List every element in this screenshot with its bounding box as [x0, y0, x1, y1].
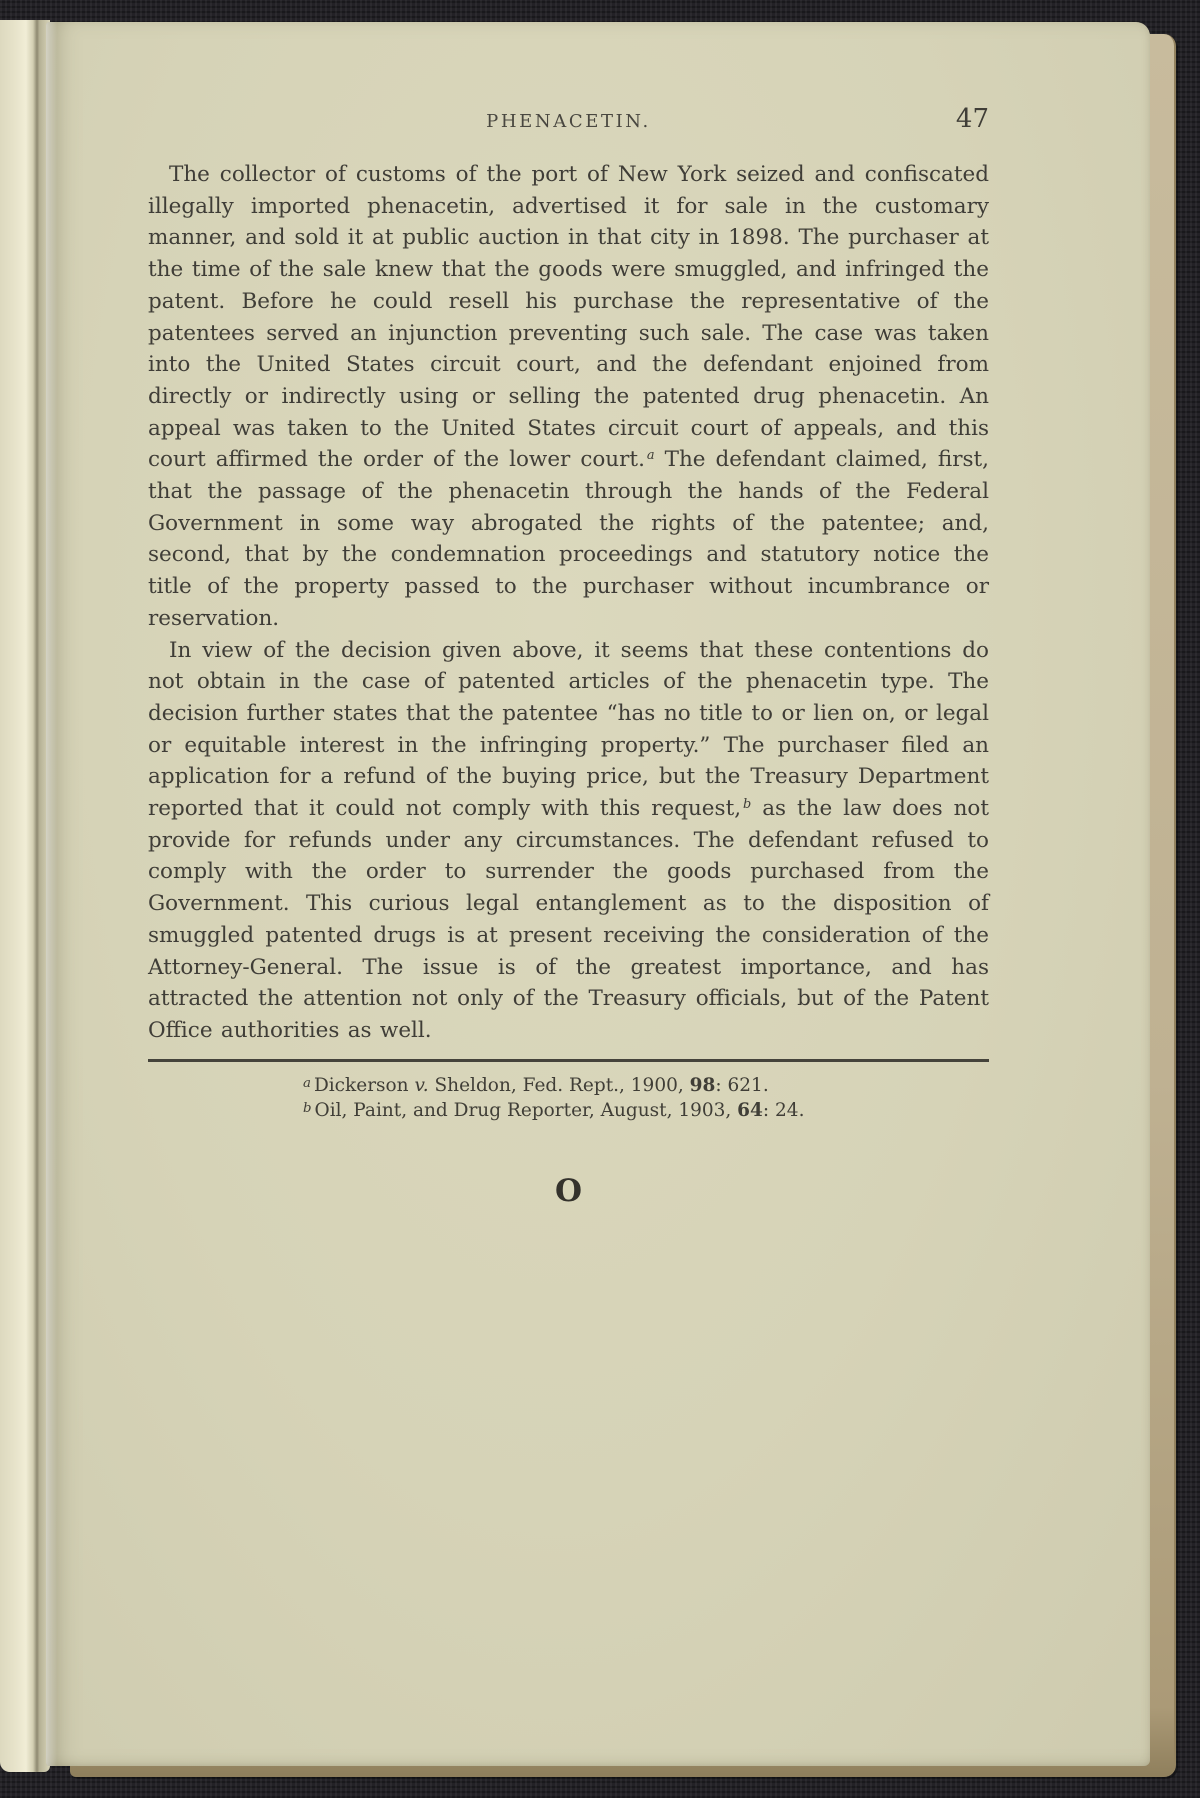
book-gutter — [0, 20, 50, 1772]
footnote-a-marker: a — [303, 1076, 311, 1091]
footnote-b-marker: b — [303, 1101, 312, 1116]
footnote-separator — [148, 1059, 989, 1062]
footnote-a-volume: 98 — [690, 1075, 716, 1096]
ornament-o: O — [148, 1173, 989, 1209]
footnote-b-text-post: : 24. — [763, 1100, 805, 1121]
footnote-b-text-mid: Oil, Paint, and Drug Reporter, August, 1… — [315, 1100, 738, 1121]
footnote-a-versus: v. — [414, 1075, 428, 1096]
footnote-a-text-pre: Dickerson — [314, 1075, 415, 1096]
footnote-ref-a: a — [647, 448, 655, 463]
scanned-book-photo: PHENACETIN. 47 The collector of customs … — [0, 0, 1200, 1798]
body-text: The collector of customs of the port of … — [148, 159, 989, 1047]
footnote-a: aDickerson v. Sheldon, Fed. Rept., 1900,… — [148, 1074, 989, 1098]
paragraph-1-continued: The defendant claimed, first, that the p… — [148, 447, 989, 631]
footnote-a-text-post: : 621. — [715, 1075, 768, 1096]
page-header: PHENACETIN. 47 — [148, 104, 989, 140]
paragraph-1: The collector of customs of the port of … — [148, 159, 989, 635]
footnote-b-volume: 64 — [737, 1100, 763, 1121]
paragraph-2-continued: as the law does not provide for refunds … — [148, 796, 989, 1043]
footnotes: aDickerson v. Sheldon, Fed. Rept., 1900,… — [148, 1074, 989, 1123]
page-number: 47 — [956, 104, 989, 134]
paragraph-2: In view of the decision given above, it … — [148, 635, 989, 1047]
paragraph-2-text: In view of the decision given above, it … — [148, 638, 989, 822]
footnote-a-text-mid: Sheldon, Fed. Rept., 1900, — [429, 1075, 690, 1096]
running-title: PHENACETIN. — [148, 111, 989, 132]
footnote-b: bOil, Paint, and Drug Reporter, August, … — [148, 1099, 989, 1123]
paragraph-1-text: The collector of customs of the port of … — [148, 162, 989, 472]
gutter-crease — [46, 22, 60, 1766]
